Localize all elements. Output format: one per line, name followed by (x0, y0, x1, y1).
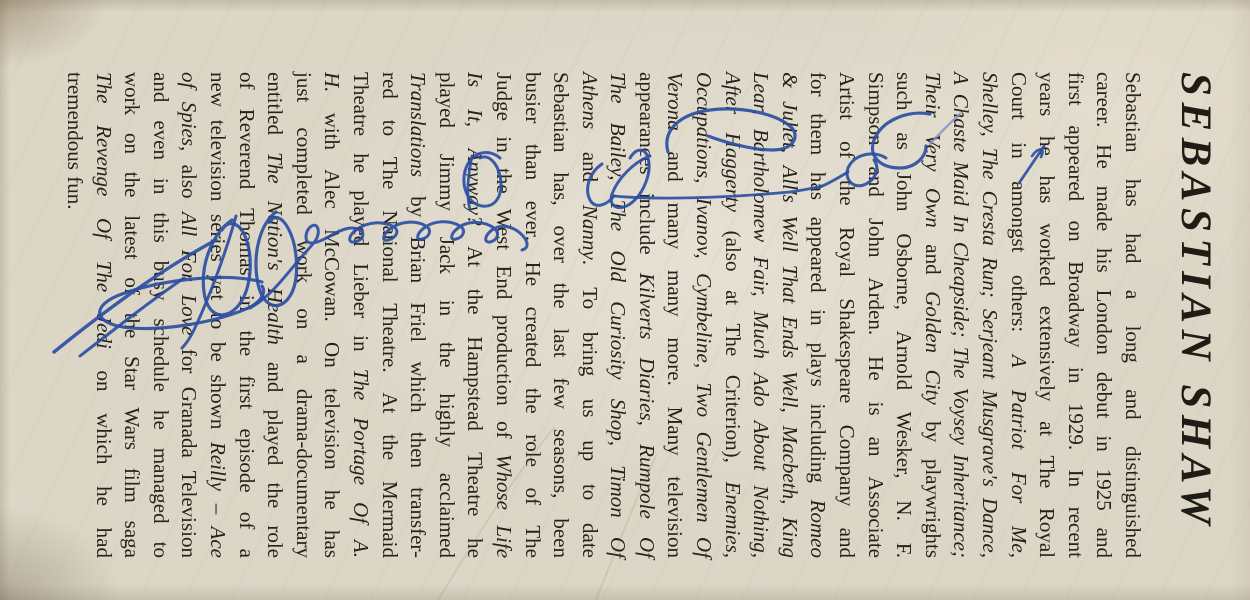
italic-text-segment: The Portage Of A. (349, 369, 373, 558)
text-segment: Artist of the Royal Shakespeare Company … (835, 72, 859, 558)
text-line: just completed work on a drama-documenta… (289, 72, 318, 558)
italic-text-segment: Shelley, The Cresta Run; Serjeant Musgra… (978, 72, 1002, 558)
italic-text-segment: Is It, Anyway? (463, 72, 487, 225)
text-line: such as John Osborne, Arnold Wesker, N. … (890, 72, 919, 558)
italic-text-segment: A Patriot For Me, (1007, 355, 1031, 558)
italic-text-segment: A Chaste Maid In Cheapside; The Voysey I… (949, 72, 973, 558)
text-segment: Theatre he played Lieber in (349, 72, 373, 369)
text-segment: At the Hampstead Theatre he (463, 225, 487, 558)
italic-text-segment: Occupations, Ivanov, Cymbeline, Two Gent… (692, 72, 716, 558)
text-segment: entitled (263, 72, 287, 152)
text-segment: . To bring us up to date (578, 260, 602, 558)
italic-text-segment: Kilverts Diaries, Rumpole Of (635, 273, 659, 558)
text-segment: such as John Osborne, Arnold Wesker, N. … (892, 72, 916, 558)
text-line: Court in amongst others: A Patriot For M… (1004, 72, 1033, 558)
text-segment: and many many more. Many television (664, 131, 688, 558)
text-segment: Simpson and John Arden. He is an Associa… (864, 72, 888, 558)
italic-text-segment: Reilly – Ace (206, 442, 230, 558)
text-line: of Spies, also All For Love for Granada … (175, 72, 204, 558)
text-line: busier than ever. He created the role of… (518, 72, 547, 558)
italic-text-segment: & Juliet, All's Well That Ends Well, Mac… (778, 72, 802, 558)
text-line: red to The National Theatre. At the Merm… (375, 72, 404, 558)
text-segment: also (177, 151, 201, 212)
text-segment: of Reverend Thomas in the first episode … (235, 72, 259, 558)
text-line: Judge in the West End production of Whos… (489, 72, 518, 558)
autograph-page-photo: SEBASTIAN SHAW Sebastian has had a long … (0, 0, 1250, 600)
italic-text-segment: Golden City (921, 291, 945, 404)
text-segment: and played the role (263, 345, 287, 558)
italic-text-segment: Their Very Own (921, 72, 945, 228)
text-segment: for them has appeared in plays including (806, 72, 830, 500)
text-segment: appearances include (635, 72, 659, 273)
text-segment: by playwrights (921, 405, 945, 558)
text-segment: for Granada Television (177, 335, 201, 558)
text-segment: years he has worked extensively at The R… (1035, 72, 1059, 558)
text-line: Translations by Brian Friel which then t… (404, 72, 433, 558)
text-segment: Sebastian has, over the last few seasons… (549, 72, 573, 558)
text-line: played Jimmy Jack in the highly acclaime… (432, 72, 461, 558)
text-line: and even in this busy schedule he manage… (146, 72, 175, 558)
text-line: A Chaste Maid In Cheapside; The Voysey I… (947, 72, 976, 558)
text-line: tremendous fun. (60, 72, 89, 558)
text-line: career. He made his London debut in 1925… (1090, 72, 1119, 558)
text-line: of Reverend Thomas in the first episode … (232, 72, 261, 558)
text-line: appearances include Kilverts Diaries, Ru… (632, 72, 661, 558)
italic-text-segment: Translations (406, 72, 430, 177)
text-segment: Court in amongst others: (1007, 72, 1031, 355)
text-segment: and even in this busy schedule he manage… (149, 72, 173, 558)
text-line: work on the latest of the Star Wars film… (118, 72, 147, 558)
text-line: Athens and Nanny. To bring us up to date (575, 72, 604, 558)
italic-text-segment: Lear, Bartholomew Fair, Much Ado About N… (749, 72, 773, 558)
italic-text-segment: After Haggerty (721, 72, 745, 212)
text-segment: on which he had (92, 349, 116, 558)
text-line: Shelley, The Cresta Run; Serjeant Musgra… (975, 72, 1004, 558)
text-line: Is It, Anyway? At the Hampstead Theatre … (461, 72, 490, 558)
text-line: The Bailey, The Old Curiosity Shop, Timo… (604, 72, 633, 558)
text-segment: just completed work on a drama-documenta… (292, 72, 316, 558)
text-line: Verona and many many more. Many televisi… (661, 72, 690, 558)
text-segment: and (578, 129, 602, 205)
text-line: Occupations, Ivanov, Cymbeline, Two Gent… (690, 72, 719, 558)
text-segment: new television series yet to be shown (206, 72, 230, 442)
text-line: new television series yet to be shown Re… (203, 72, 232, 558)
text-line: years he has worked extensively at The R… (1033, 72, 1062, 558)
text-segment: Sebastian has had a long and distinguish… (1121, 72, 1145, 558)
text-segment: with Alec McCowan. On television he has (320, 92, 344, 558)
text-segment: Judge in the West End production of (492, 72, 516, 454)
text-line: Simpson and John Arden. He is an Associa… (861, 72, 890, 558)
text-line: & Juliet, All's Well That Ends Well, Mac… (775, 72, 804, 558)
page-title: SEBASTIAN SHAW (1171, 72, 1220, 558)
text-line: The Revenge Of The Jedi on which he had (89, 72, 118, 558)
italic-text-segment: The Revenge Of The Jedi (92, 72, 116, 349)
text-segment: tremendous fun. (63, 72, 87, 209)
text-line: Lear, Bartholomew Fair, Much Ado About N… (747, 72, 776, 558)
text-segment: career. He made his London debut in 1925… (1092, 72, 1116, 558)
italic-text-segment: Whose Life (492, 454, 516, 558)
text-line: Theatre he played Lieber in The Portage … (346, 72, 375, 558)
italic-text-segment: of Spies, (177, 72, 201, 151)
italic-text-segment: The Bailey, The Old Curiosity Shop, Timo… (606, 72, 630, 558)
text-line: Sebastian has had a long and distinguish… (1118, 72, 1147, 558)
italic-text-segment: Athens (578, 72, 602, 129)
text-line: Sebastian has, over the last few seasons… (547, 72, 576, 558)
italic-text-segment: Verona (664, 72, 688, 131)
italic-text-segment: Romeo (806, 500, 830, 558)
text-line: After Haggerty (also at The Criterion), … (718, 72, 747, 558)
text-line: entitled The Nation's Health and played … (261, 72, 290, 558)
text-segment: and (921, 228, 945, 292)
text-line: for them has appeared in plays including… (804, 72, 833, 558)
rotated-document: SEBASTIAN SHAW Sebastian has had a long … (0, 0, 1250, 600)
text-segment: work on the latest of the Star Wars film… (120, 72, 144, 558)
text-segment: by Brian Friel which then transfer- (406, 177, 430, 558)
text-line: Artist of the Royal Shakespeare Company … (832, 72, 861, 558)
bio-paragraph: Sebastian has had a long and distinguish… (60, 72, 1147, 558)
text-line: H. with Alec McCowan. On television he h… (318, 72, 347, 558)
text-segment: (also at The Criterion), (721, 212, 745, 482)
text-segment: first appeared on Broadway in 1929. In r… (1064, 72, 1088, 558)
text-segment: red to The National Theatre. At the Merm… (378, 72, 402, 558)
italic-text-segment: Nanny (578, 205, 602, 260)
italic-text-segment: Enemies, (721, 482, 745, 558)
italic-text-segment: All For Love (177, 212, 201, 336)
text-segment: played Jimmy Jack in the highly acclaime… (435, 72, 459, 558)
text-line: Their Very Own and Golden City by playwr… (918, 72, 947, 558)
italic-text-segment: The Nation's Health (263, 152, 287, 345)
italic-text-segment: H. (320, 72, 344, 92)
text-segment: busier than ever. He created the role of… (521, 72, 545, 558)
text-line: first appeared on Broadway in 1929. In r… (1061, 72, 1090, 558)
